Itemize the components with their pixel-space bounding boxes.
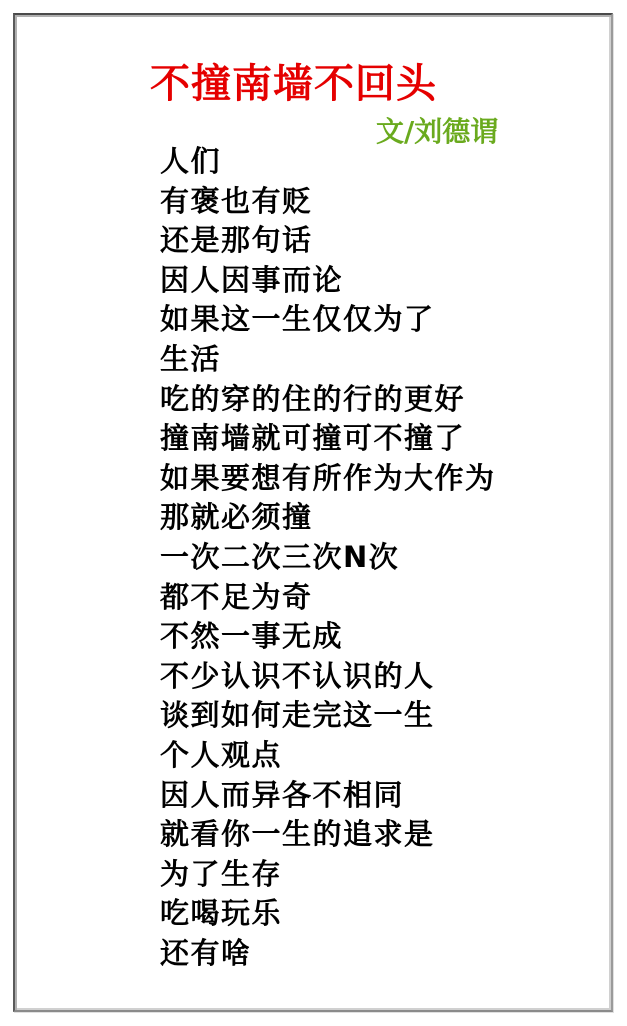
poem-line: 就看你一生的追求是 — [160, 815, 496, 855]
poem-line: 撞南墙就可撞可不撞了 — [160, 419, 496, 459]
poem-line: 不少认识不认识的人 — [160, 657, 496, 697]
poem-line: 还是那句话 — [160, 221, 496, 261]
poem-line: 人们 — [160, 142, 496, 182]
poem-line: 都不足为奇 — [160, 578, 496, 618]
poem-line: 如果要想有所作为大作为 — [160, 459, 496, 499]
poem-line: 谈到如何走完这一生 — [160, 696, 496, 736]
poem-line: 如果这一生仅仅为了 — [160, 300, 496, 340]
poem-line: 有褒也有贬 — [160, 182, 496, 222]
poem-line: 一次二次三次N次 — [160, 538, 496, 578]
poem-line: 生活 — [160, 340, 496, 380]
poem-line: 那就必须撞 — [160, 498, 496, 538]
poem-line: 不然一事无成 — [160, 617, 496, 657]
poem-line: 吃的穿的住的行的更好 — [160, 380, 496, 420]
poem-line: 因人因事而论 — [160, 261, 496, 301]
poem-line: 还有啥 — [160, 934, 496, 974]
poem-line: 为了生存 — [160, 855, 496, 895]
poem-body: 人们 有褒也有贬 还是那句话 因人因事而论 如果这一生仅仅为了 生活 吃的穿的住… — [160, 142, 496, 973]
poem-line: 个人观点 — [160, 736, 496, 776]
poem-line: 吃喝玩乐 — [160, 894, 496, 934]
poem-line: 因人而异各不相同 — [160, 776, 496, 816]
poem-title: 不撞南墙不回头 — [150, 60, 437, 108]
